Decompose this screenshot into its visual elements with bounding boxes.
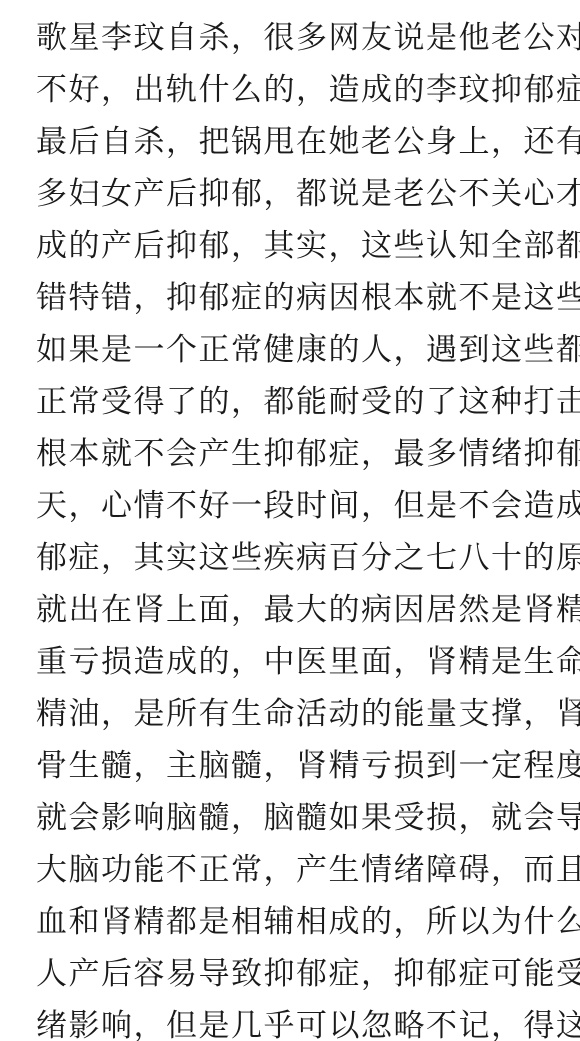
- text-line-2: 不好，出轨什么的，造成的李玟抑郁症，: [36, 70, 556, 110]
- text-line-7: 如果是一个正常健康的人，遇到这些都能: [36, 330, 556, 370]
- text-line-6: 错特错，抑郁症的病因根本就不是这些，: [36, 278, 556, 318]
- text-line-16: 就会影响脑髓，脑髓如果受损，就会导致: [36, 798, 556, 838]
- text-line-8: 正常受得了的，都能耐受的了这种打击，: [36, 382, 556, 422]
- text-line-9: 根本就不会产生抑郁症，最多情绪抑郁几: [36, 434, 556, 474]
- text-line-19: 人产后容易导致抑郁症，抑郁症可能受情: [36, 954, 556, 994]
- text-line-10: 天，心情不好一段时间，但是不会造成抑: [36, 486, 556, 526]
- text-line-18: 血和肾精都是相辅相成的，所以为什么女: [36, 902, 556, 942]
- text-line-14: 精油，是所有生命活动的能量支撑，肾主: [36, 694, 556, 734]
- text-line-13: 重亏损造成的，中医里面，肾精是生命的: [36, 642, 556, 682]
- text-line-20: 绪影响，但是几乎可以忽略不记，得这病: [36, 1006, 556, 1041]
- text-line-15: 骨生髓，主脑髓，肾精亏损到一定程度，: [36, 746, 556, 786]
- text-line-3: 最后自杀，把锅甩在她老公身上，还有很: [36, 122, 556, 162]
- text-line-17: 大脑功能不正常，产生情绪障碍，而且气: [36, 850, 556, 890]
- text-line-11: 郁症，其实这些疾病百分之七八十的原因: [36, 538, 556, 578]
- text-line-5: 成的产后抑郁，其实，这些认知全部都大: [36, 226, 556, 266]
- text-line-1: 歌星李玟自杀，很多网友说是他老公对她: [36, 18, 556, 58]
- text-line-12: 就出在肾上面，最大的病因居然是肾精严: [36, 590, 556, 630]
- text-line-4: 多妇女产后抑郁，都说是老公不关心才造: [36, 174, 556, 214]
- text-page: 歌星李玟自杀，很多网友说是他老公对她 不好，出轨什么的，造成的李玟抑郁症， 最后…: [0, 0, 580, 1041]
